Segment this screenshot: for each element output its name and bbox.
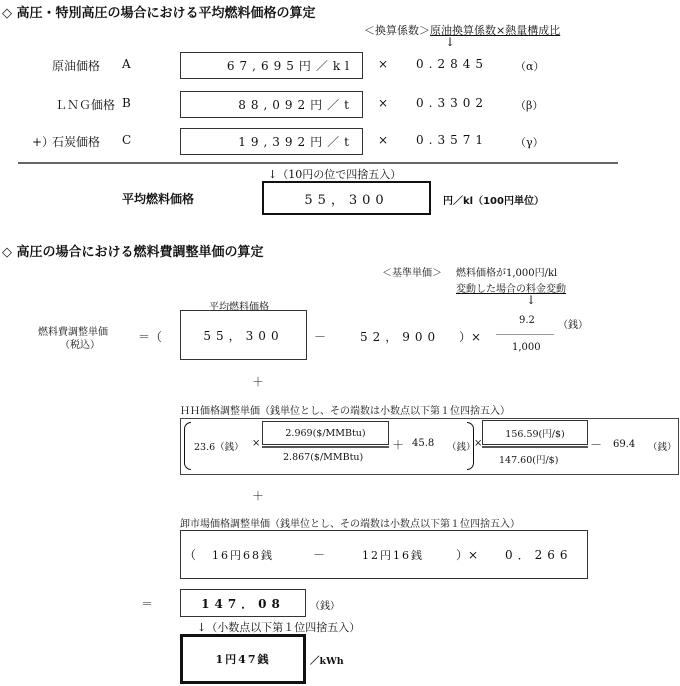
coefficient-header: ＜換算係数＞原油換算係数×熱量構成比 [364,22,560,38]
result-unit: （銭） [310,597,340,612]
wholesale-current-price: 16円68銭 [212,547,274,563]
change-condition-line2: 変動した場合の料金変動 [456,280,566,295]
times-sign: × [378,57,388,71]
hh-current-price-box: 2.969($/MMBtu) [262,421,389,445]
fuel-label-lng: ＬＮＧ価格 [55,96,115,113]
fuel-label-crude-oil: 原油価格 [52,57,100,74]
coef-beta: 0.3302 [416,96,488,110]
wholesale-adjustment-title: 卸市場価格調整単価（銭単位とし、その端数は小数点以下第１位四捨五入） [180,515,520,530]
fx-current-rate-box: 156.59(円/$) [482,420,588,445]
fraction-bar [482,446,588,448]
sen-unit: （銭） [558,316,588,331]
fraction-denominator: 1,000 [512,342,541,353]
times-sign: × [378,96,388,110]
fuel-letter-c: C [122,133,131,147]
minus-sign: － [313,546,325,563]
hh-base-price: 2.867($/MMBtu) [283,452,363,463]
coefficient-header-prefix: ＜換算係数＞ [364,24,430,37]
fuel-label-coal: 石炭価格 [52,133,100,150]
change-condition-line1: 燃料価格が1,000円/kl [456,264,557,279]
minus-sign: － [590,436,602,453]
equals-open-paren: ＝（ [138,328,162,345]
down-arrow-icon: ↓ [526,293,536,307]
down-arrow-icon: ↓ [445,35,455,49]
fx-base-rate: 147.60(円/$) [499,452,558,466]
fuel-letter-b: B [122,96,131,110]
fuel-letter-a: A [122,57,131,71]
plus-sign: ＋ [252,373,264,390]
minus-sign: － [314,328,326,345]
greek-alpha: （α） [515,58,544,74]
fraction-bar [496,334,554,335]
hh-adjustment-title: ＨＨ価格調整単価（銭単位とし、その端数は小数点以下第１位四捨五入） [180,402,510,417]
result-value-box: 147．08 [180,589,306,617]
average-fuel-price-unit: 円／kl（100円単位） [443,192,544,207]
tax-included-label: （税込） [60,336,100,351]
close-paren-times: ）× [459,328,481,345]
average-fuel-price-label: 平均燃料価格 [122,190,194,207]
coal-price-box: 19,392円／t [180,128,363,155]
section1-title: ◇ 高圧・特別高圧の場合における平均燃料価格の算定 [2,2,316,21]
hh-coefficient: 23.6（銭） [194,439,244,453]
sen-unit: （銭） [648,439,677,453]
open-paren: （ [184,546,196,563]
plus-sign: ＋ [252,487,264,504]
coef-alpha: 0.2845 [416,57,488,71]
average-fuel-price-box: 55，300 [262,181,431,215]
base-unit-header: ＜基準単価＞ [382,264,442,279]
lng-price-box: 88,092円／t [180,91,363,118]
crude-oil-price-box: 67,695円／kl [180,52,363,79]
rounding-note-decimal: ↓（小数点以下第１位四捨五入） [197,619,360,635]
sum-prefix: +） [32,133,54,150]
final-unit-price-box: 1円47銭 [180,634,306,684]
hh-addend: 45.8 [412,438,434,449]
close-paren-times: ）× [456,546,478,563]
sum-divider [18,162,618,164]
greek-gamma: （γ） [515,134,544,150]
hh-subtrahend: 69.4 [613,439,635,450]
times-sign: × [378,133,388,147]
fraction-numerator: 9.2 [519,315,535,326]
wholesale-base-price: 12円16銭 [362,547,424,563]
greek-beta: （β） [515,97,543,113]
rounding-note-10yen: ↓（10円の位で四捨五入） [268,166,401,182]
section2-title: ◇ 高圧の場合における燃料費調整単価の算定 [2,241,264,260]
open-bracket [184,422,191,470]
coef-gamma: 0.3571 [416,133,488,147]
close-bracket [467,422,474,470]
plus-sign: ＋ [392,436,404,453]
times-sign: × [252,438,260,449]
base-price-value: 52，900 [360,328,440,345]
average-fuel-price-input-box: 55，300 [180,310,307,360]
equals-sign: ＝ [141,595,153,612]
final-unit: ／kWh [310,653,344,667]
wholesale-coefficient: 0．266 [505,546,573,563]
fraction-bar [262,446,389,448]
